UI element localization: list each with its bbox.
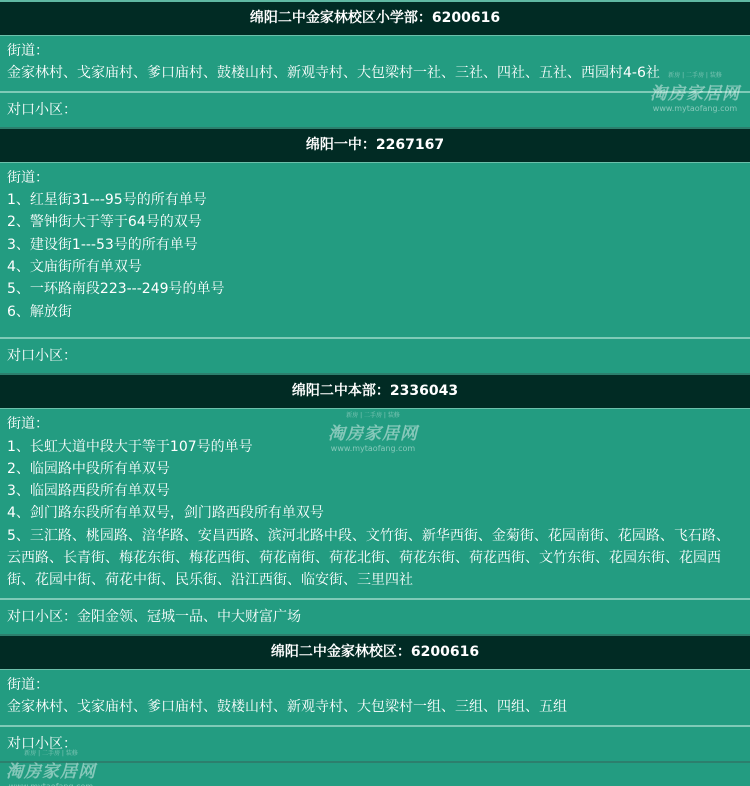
street-item: 6、解放街 <box>7 301 743 323</box>
street-item: 1、长虹大道中段大于等于107号的单号 <box>7 436 743 458</box>
streets-section: 街道： 1、长虹大道中段大于等于107号的单号 2、临园路中段所有单双号 3、临… <box>0 409 750 599</box>
streets-section: 街道： 金家林村、戈家庙村、爹口庙村、鼓楼山村、新观寺村、大包梁村一社、三社、四… <box>0 36 750 93</box>
street-item: 3、建设街1---53号的所有单号 <box>7 234 743 256</box>
street-item: 2、临园路中段所有单双号 <box>7 458 743 480</box>
street-item: 1、红星街31---95号的所有单号 <box>7 189 743 211</box>
street-item: 4、文庙街所有单双号 <box>7 256 743 278</box>
street-item: 2、警钟街大于等于64号的双号 <box>7 211 743 233</box>
streets-label: 街道： <box>7 167 743 189</box>
zone-section: 对口小区： <box>0 727 750 763</box>
zone-section: 对口小区： <box>0 93 750 129</box>
school-header: 绵阳一中：2267167 <box>0 129 750 163</box>
streets-label: 街道： <box>7 413 743 435</box>
street-item: 5、一环路南段223---249号的单号 <box>7 278 743 300</box>
zone-label: 对口小区： <box>7 348 77 364</box>
school-block: 绵阳二中金家林校区小学部：6200616 街道： 金家林村、戈家庙村、爹口庙村、… <box>0 2 750 129</box>
street-item: 3、临园路西段所有单双号 <box>7 480 743 502</box>
zone-label: 对口小区： <box>7 736 77 752</box>
streets-label: 街道： <box>7 674 743 696</box>
school-block: 绵阳二中金家林校区：6200616 街道： 金家林村、戈家庙村、爹口庙村、鼓楼山… <box>0 636 750 763</box>
street-item: 5、三汇路、桃园路、涪华路、安昌西路、滨河北路中段、文竹街、新华西街、金菊街、花… <box>7 525 743 592</box>
zone-value: 金阳金领、冠城一品、中大财富广场 <box>77 609 301 625</box>
streets-section: 街道： 金家林村、戈家庙村、爹口庙村、鼓楼山村、新观寺村、大包梁村一组、三组、四… <box>0 670 750 727</box>
street-item: 金家林村、戈家庙村、爹口庙村、鼓楼山村、新观寺村、大包梁村一社、三社、四社、五社… <box>7 62 743 84</box>
zone-section: 对口小区： <box>0 339 750 375</box>
school-block: 绵阳二中本部：2336043 街道： 1、长虹大道中段大于等于107号的单号 2… <box>0 375 750 636</box>
school-header: 绵阳二中金家林校区小学部：6200616 <box>0 2 750 36</box>
school-block: 绵阳一中：2267167 街道： 1、红星街31---95号的所有单号 2、警钟… <box>0 129 750 375</box>
zone-label: 对口小区： <box>7 609 77 625</box>
streets-label: 街道： <box>7 40 743 62</box>
street-item: 4、剑门路东段所有单双号，剑门路西段所有单双号 <box>7 502 743 524</box>
school-header: 绵阳二中本部：2336043 <box>0 375 750 409</box>
streets-section: 街道： 1、红星街31---95号的所有单号 2、警钟街大于等于64号的双号 3… <box>0 163 750 339</box>
zone-section: 对口小区：金阳金领、冠城一品、中大财富广场 <box>0 600 750 636</box>
zone-label: 对口小区： <box>7 102 77 118</box>
street-item: 金家林村、戈家庙村、爹口庙村、鼓楼山村、新观寺村、大包梁村一组、三组、四组、五组 <box>7 696 743 718</box>
school-header: 绵阳二中金家林校区：6200616 <box>0 636 750 670</box>
